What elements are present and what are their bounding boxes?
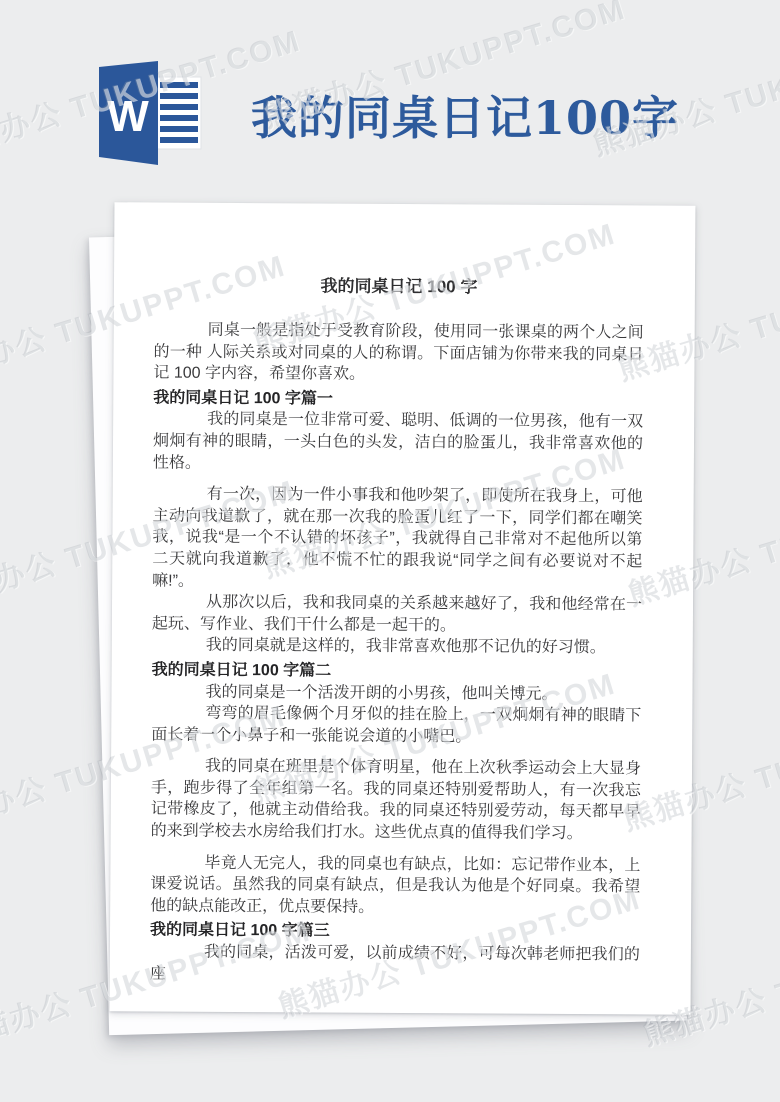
doc-paragraph: 我的同桌是一个活泼开朗的小男孩，他叫关博元。 [151,681,641,706]
doc-paragraph: 毕竟人无完人，我的同桌也有缺点，比如：忘记带作业本，上课爱说话。虽然我的同桌有缺… [150,852,640,920]
doc-paragraph: 我的同桌，活泼可爱，以前成绩不好，可每次韩老师把我们的座 [150,941,640,987]
doc-paragraph: 有一次，因为一件小事我和他吵架了，即使所在我身上，可他主动向我道歉了，就在那一次… [152,484,643,595]
doc-section-heading: 我的同桌日记 100 字篇一 [153,387,643,412]
doc-body: 同桌一般是指处于受教育阶段，使用同一张课桌的两个人之间的一种 人际关系或对同桌的… [150,319,644,987]
doc-paragraph: 我的同桌是一位非常可爱、聪明、低调的一位男孩，他有一双炯炯有神的眼睛，一头白色的… [153,409,643,477]
doc-paragraph: 我的同桌就是这样的，我非常喜欢他那不记仇的好习惯。 [152,635,642,660]
header: W 我的同桌日记100字 [95,58,679,172]
doc-section-heading: 我的同桌日记 100 字篇三 [150,920,640,945]
doc-paragraph: 同桌一般是指处于受教育阶段，使用同一张课桌的两个人之间的一种 人际关系或对同桌的… [153,319,643,387]
document-page: 我的同桌日记 100 字 同桌一般是指处于受教育阶段，使用同一张课桌的两个人之间… [110,202,696,1015]
page-title: 我的同桌日记100字 [251,82,679,148]
doc-title: 我的同桌日记 100 字 [154,270,644,298]
word-icon-letter: W [107,92,149,141]
word-icon: W [95,61,207,169]
doc-paragraph: 从那次以后，我和我同桌的关系越来越好了，我和他经常在一起玩、写作业、我们干什么都… [152,592,642,638]
doc-section-heading: 我的同桌日记 100 字篇二 [152,659,642,684]
doc-paragraph: 弯弯的眉毛像俩个月牙似的挂在脸上，一双炯炯有神的眼睛下面长着一个小鼻子和一张能说… [151,703,641,749]
doc-paragraph: 我的同桌在班里是个体育明星，他在上次秋季运动会上大显身手，跑步得了全年组第一名。… [151,756,642,845]
